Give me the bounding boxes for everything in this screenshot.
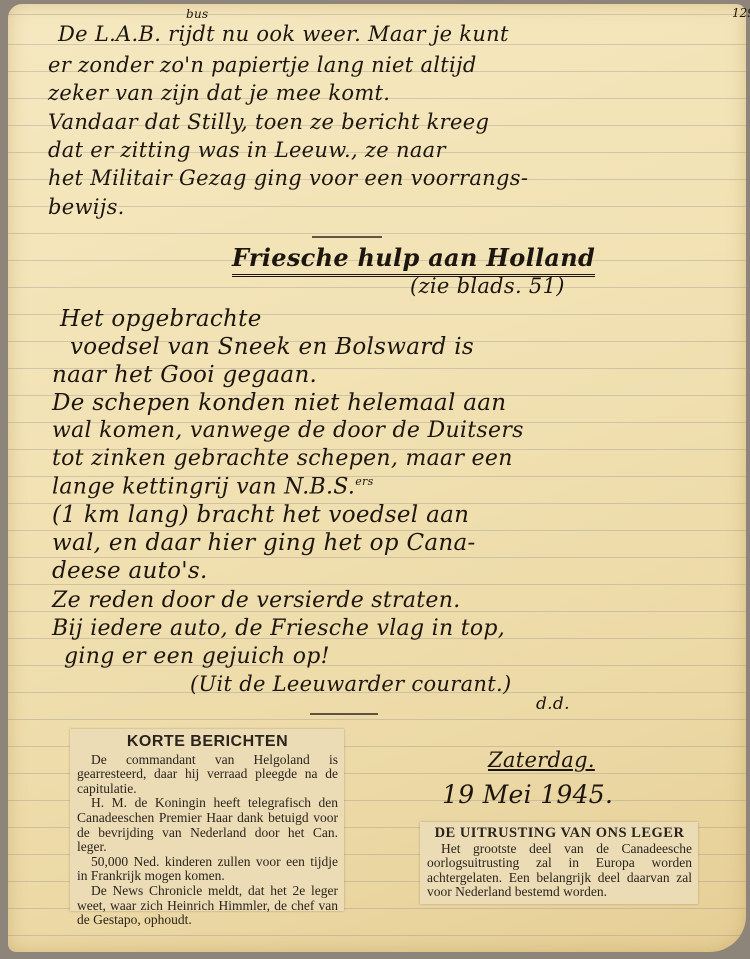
handwritten-line: dat er zitting was in Leeuw., ze naar — [48, 140, 446, 161]
clipping-title: KORTE BERICHTEN — [77, 735, 338, 750]
handwritten-line: het Militair Gezag ging voor een voorran… — [48, 168, 528, 189]
handwritten-line: Vandaar dat Stilly, toen ze bericht kree… — [48, 112, 489, 133]
clipping-paragraph: 50,000 Ned. kinderen zullen voor een tij… — [77, 855, 338, 884]
signature: d.d. — [536, 696, 570, 713]
clipping-paragraph: De News Chronicle meldt, dat het 2e lege… — [77, 884, 338, 928]
handwritten-line: ging er een gejuich op! — [64, 646, 330, 668]
clipping-paragraph: Het grootste deel van de Canadeesche oor… — [427, 842, 692, 900]
line-text: lange kettingrij van N.B.S. — [52, 474, 355, 499]
superscript-note: bus — [186, 8, 208, 20]
divider — [312, 236, 382, 238]
date-day-text: Zaterdag. — [488, 748, 595, 772]
date-day: Zaterdag. — [488, 750, 595, 771]
section-title-text: Friesche hulp aan Holland — [232, 243, 595, 277]
clipping-paragraph: De commandant van Helgoland is gearreste… — [77, 753, 338, 797]
handwritten-line: er zonder zo'n papiertje lang niet altij… — [48, 55, 477, 76]
newspaper-clipping-uitrusting: DE UITRUSTING VAN ONS LEGER Het grootste… — [420, 822, 698, 904]
clipping-title: DE UITRUSTING VAN ONS LEGER — [427, 826, 692, 841]
source-note: (Uit de Leeuwarder courant.) — [190, 674, 511, 695]
handwritten-line: Bij iedere auto, de Friesche vlag in top… — [52, 618, 505, 640]
newspaper-clipping-korte-berichten: KORTE BERICHTEN De commandant van Helgol… — [70, 729, 344, 911]
handwritten-line: deese auto's. — [52, 560, 208, 583]
handwritten-line: wal, en daar hier ging het op Cana- — [52, 532, 476, 555]
section-subtitle: (zie blads. 51) — [410, 276, 565, 297]
handwritten-line: De schepen konden niet helemaal aan — [52, 392, 506, 415]
clipping-paragraph: H. M. de Koningin heeft telegrafisch den… — [77, 796, 338, 854]
superscript-note: ers — [355, 475, 373, 488]
handwritten-line: (1 km lang) bracht het voedsel aan — [52, 504, 469, 527]
section-title: Friesche hulp aan Holland — [232, 246, 595, 270]
date-full: 19 Mei 1945. — [442, 782, 613, 807]
page-number: 129 — [732, 6, 750, 20]
handwritten-line: zeker van zijn dat je mee komt. — [48, 83, 390, 104]
handwritten-line: wal komen, vanwege de door de Duitsers — [52, 420, 524, 442]
handwritten-line: voedsel van Sneek en Bolsward is — [70, 336, 474, 359]
divider — [310, 713, 378, 715]
handwritten-line: De L.A.B. rijdt nu ook weer. Maar je kun… — [58, 24, 509, 45]
handwritten-line: lange kettingrij van N.B.S.ers — [52, 476, 374, 498]
handwritten-line: tot zinken gebrachte schepen, maar een — [52, 448, 513, 470]
line-text: De L.A.B. rijdt nu ook weer. Maar je kun… — [58, 22, 509, 46]
handwritten-line: bewijs. — [48, 197, 125, 218]
handwritten-line: naar het Gooi gegaan. — [52, 364, 317, 387]
handwritten-line: Ze reden door de versierde straten. — [52, 590, 461, 612]
handwritten-line: Het opgebrachte — [60, 308, 262, 331]
